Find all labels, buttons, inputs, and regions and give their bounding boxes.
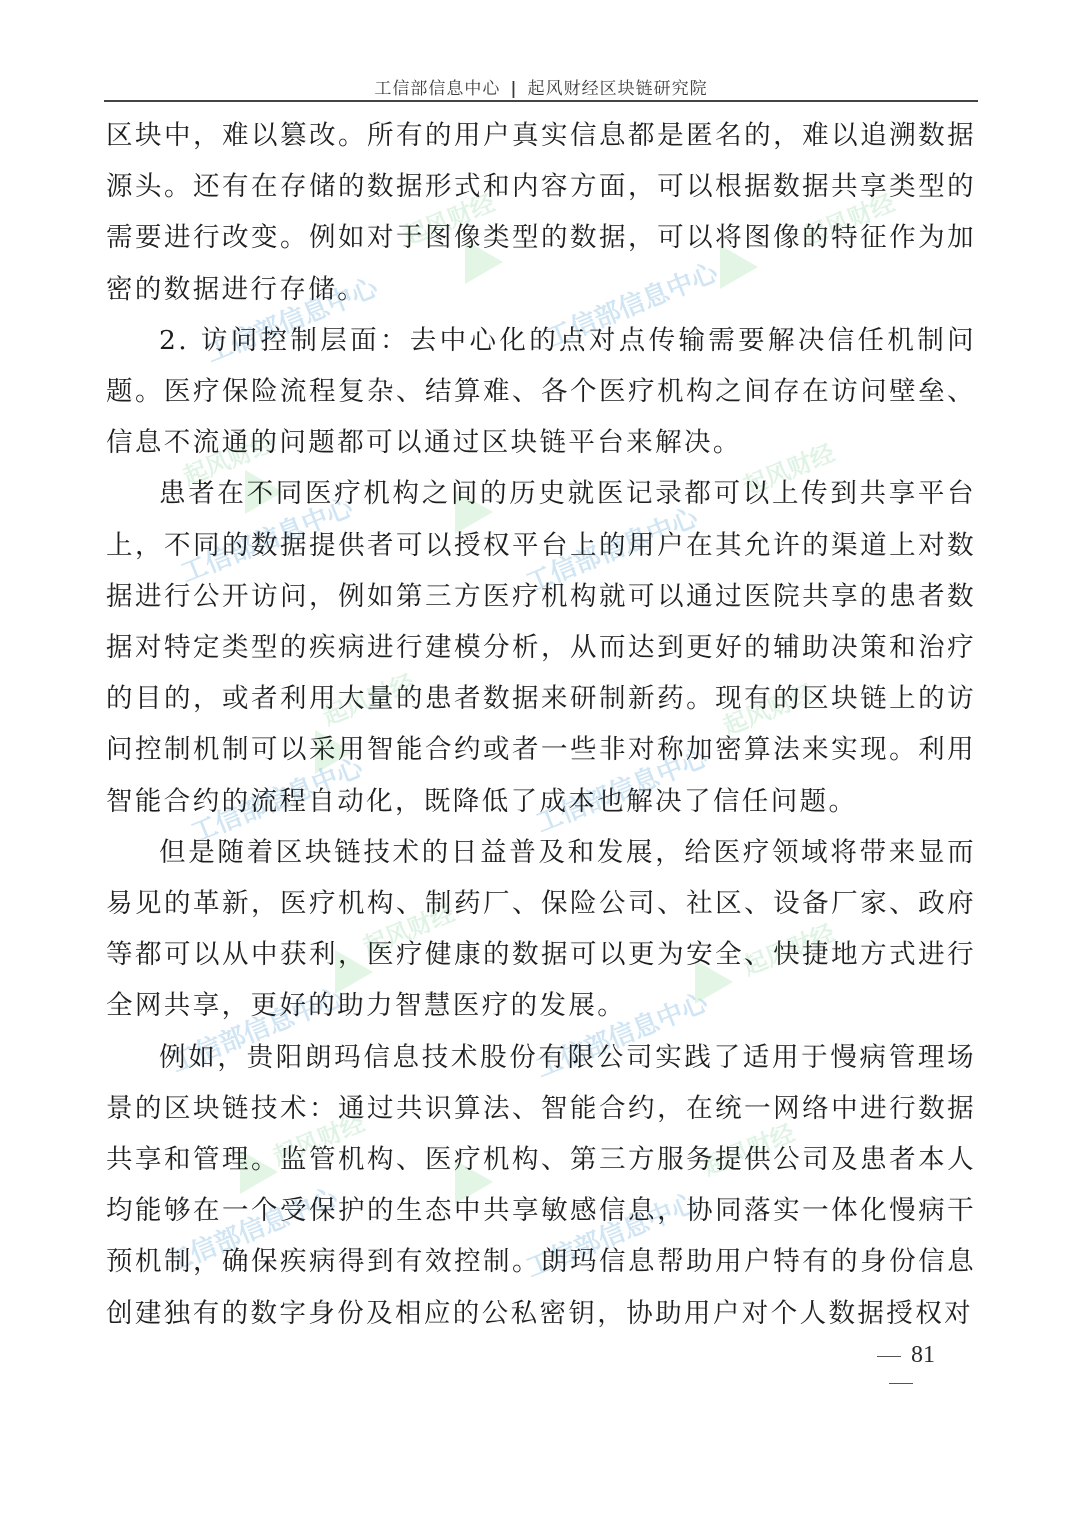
header-rule: [104, 100, 978, 102]
dash-right: [889, 1383, 913, 1384]
body-text: 区块中，难以篡改。所有的用户真实信息都是匿名的，难以追溯数据源头。还有在存储的数…: [106, 110, 976, 1339]
header-org-left: 工信部信息中心: [374, 79, 500, 99]
paragraph: 例如，贵阳朗玛信息技术股份有限公司实践了适用于慢病管理场景的区块链技术：通过共识…: [106, 1032, 976, 1339]
paragraph: 2. 访问控制层面：去中心化的点对点传输需要解决信任机制问题。医疗保险流程复杂、…: [106, 315, 976, 469]
page-number-value: 81: [911, 1342, 935, 1368]
running-header: 工信部信息中心|起风财经区块链研究院: [104, 74, 978, 99]
header-org-right: 起风财经区块链研究院: [528, 79, 708, 99]
page-number: 81: [846, 1342, 956, 1396]
document-page: 起风财经 起风财经 工信部信息中心 工信部信息中心 起风财经 起风财经 工信部信…: [0, 0, 1080, 1527]
dash-left: [877, 1356, 901, 1357]
header-separator: |: [510, 79, 517, 99]
paragraph: 患者在不同医疗机构之间的历史就医记录都可以上传到共享平台上，不同的数据提供者可以…: [106, 468, 976, 826]
paragraph: 区块中，难以篡改。所有的用户真实信息都是匿名的，难以追溯数据源头。还有在存储的数…: [106, 110, 976, 315]
paragraph: 但是随着区块链技术的日益普及和发展，给医疗领域将带来显而易见的革新，医疗机构、制…: [106, 827, 976, 1032]
